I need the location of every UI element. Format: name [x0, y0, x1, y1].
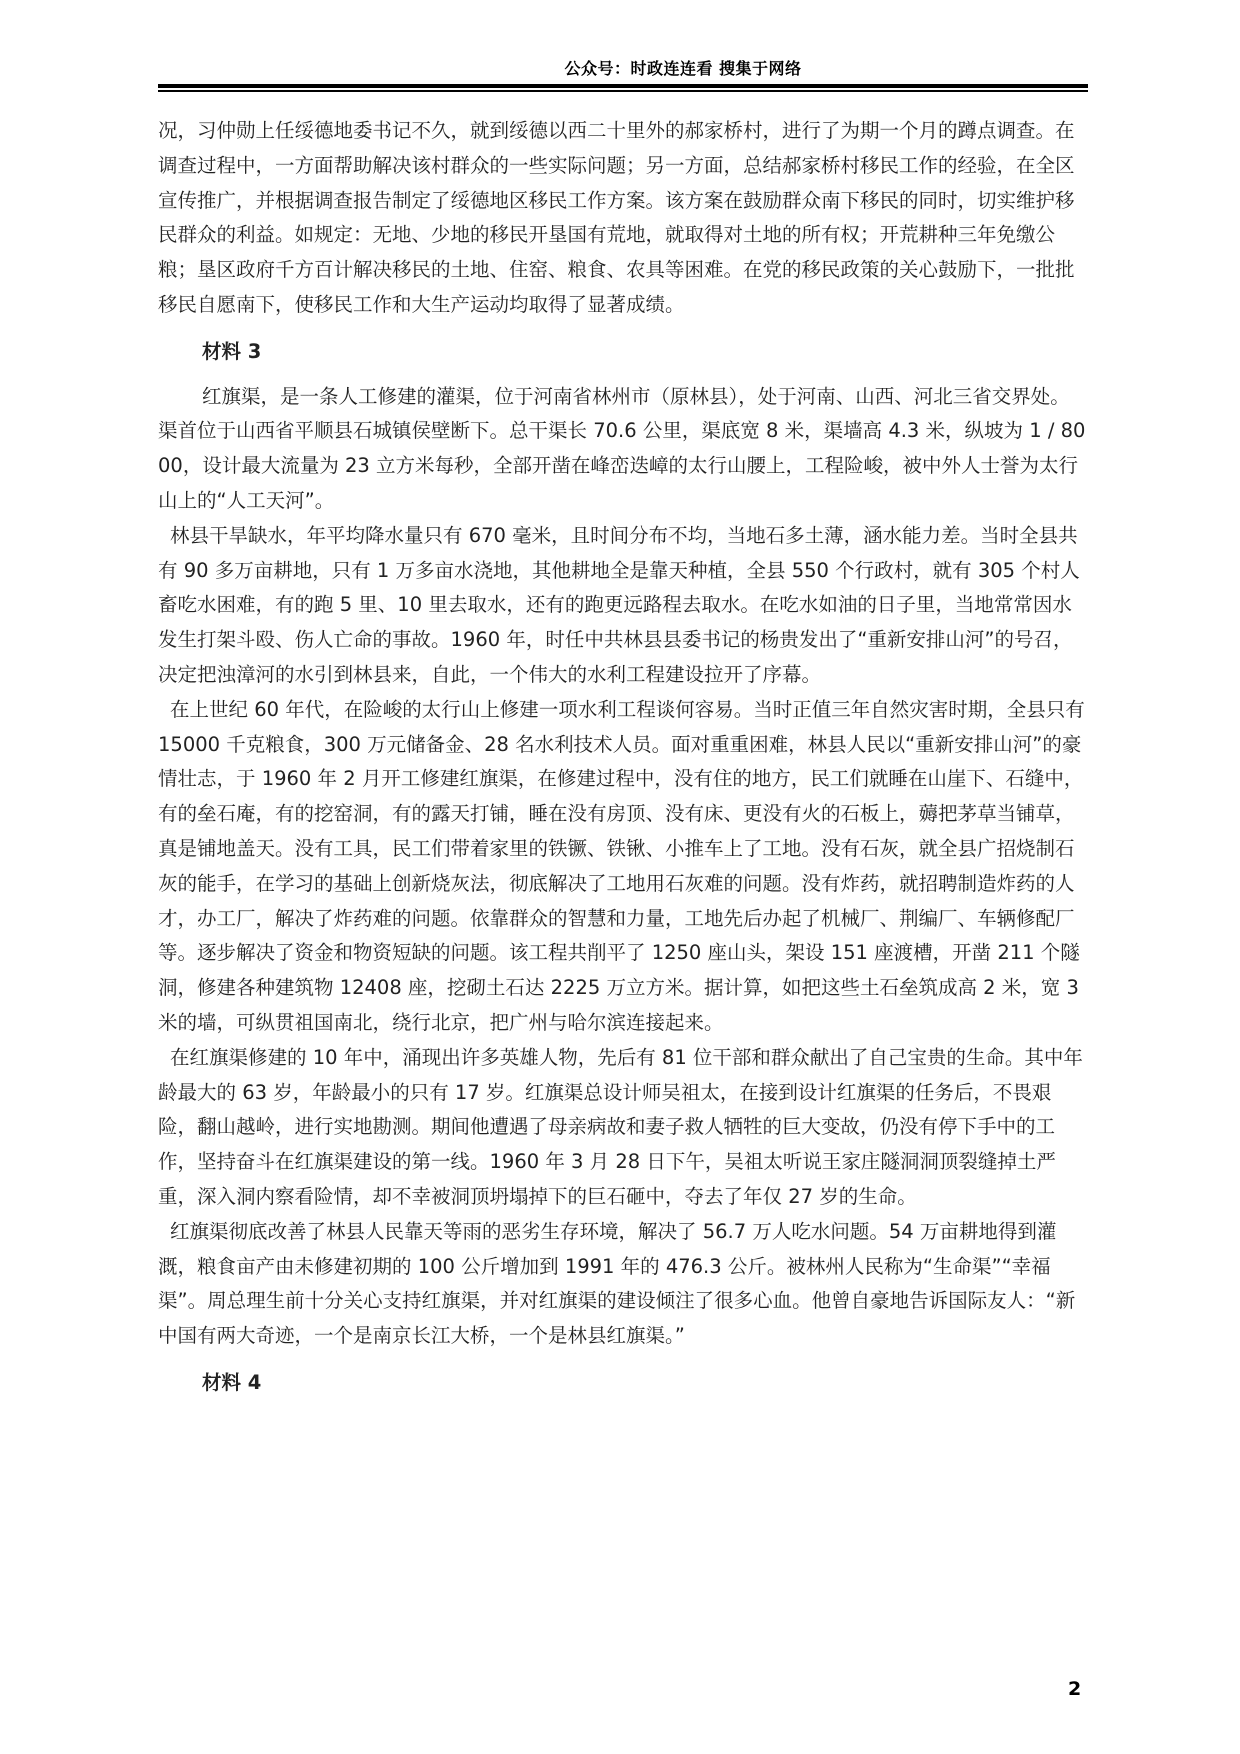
header-rule-thin	[158, 90, 1088, 92]
header-rule-thick	[158, 84, 1088, 88]
header-title: 公众号：时政连连看 搜集于网络	[158, 56, 1088, 79]
material-3-paragraph-5: 红旗渠彻底改善了林县人民靠天等雨的恶劣生存环境，解决了 56.7 万人吃水问题。…	[158, 1215, 1088, 1354]
section-heading-material-4: 材料 4	[158, 1366, 1088, 1401]
paragraph-continuation: 况，习仲勋上任绥德地委书记不久，就到绥德以西二十里外的郝家桥村，进行了为期一个月…	[158, 114, 1088, 323]
material-3-paragraph-3: 在上世纪 60 年代，在险峻的太行山上修建一项水利工程谈何容易。当时正值三年自然…	[158, 693, 1088, 1041]
section-heading-material-3: 材料 3	[158, 335, 1088, 370]
page-number: 2	[1068, 1678, 1081, 1700]
document-body: 况，习仲勋上任绥德地委书记不久，就到绥德以西二十里外的郝家桥村，进行了为期一个月…	[158, 114, 1088, 1401]
material-3-paragraph-1: 红旗渠，是一条人工修建的灌渠，位于河南省林州市（原林县），处于河南、山西、河北三…	[158, 380, 1088, 519]
material-3-paragraph-4: 在红旗渠修建的 10 年中，涌现出许多英雄人物，先后有 81 位干部和群众献出了…	[158, 1041, 1088, 1215]
material-3-paragraph-2: 林县干旱缺水，年平均降水量只有 670 毫米，且时间分布不均，当地石多土薄，涵水…	[158, 519, 1088, 693]
page-header: 公众号：时政连连看 搜集于网络	[158, 56, 1088, 79]
